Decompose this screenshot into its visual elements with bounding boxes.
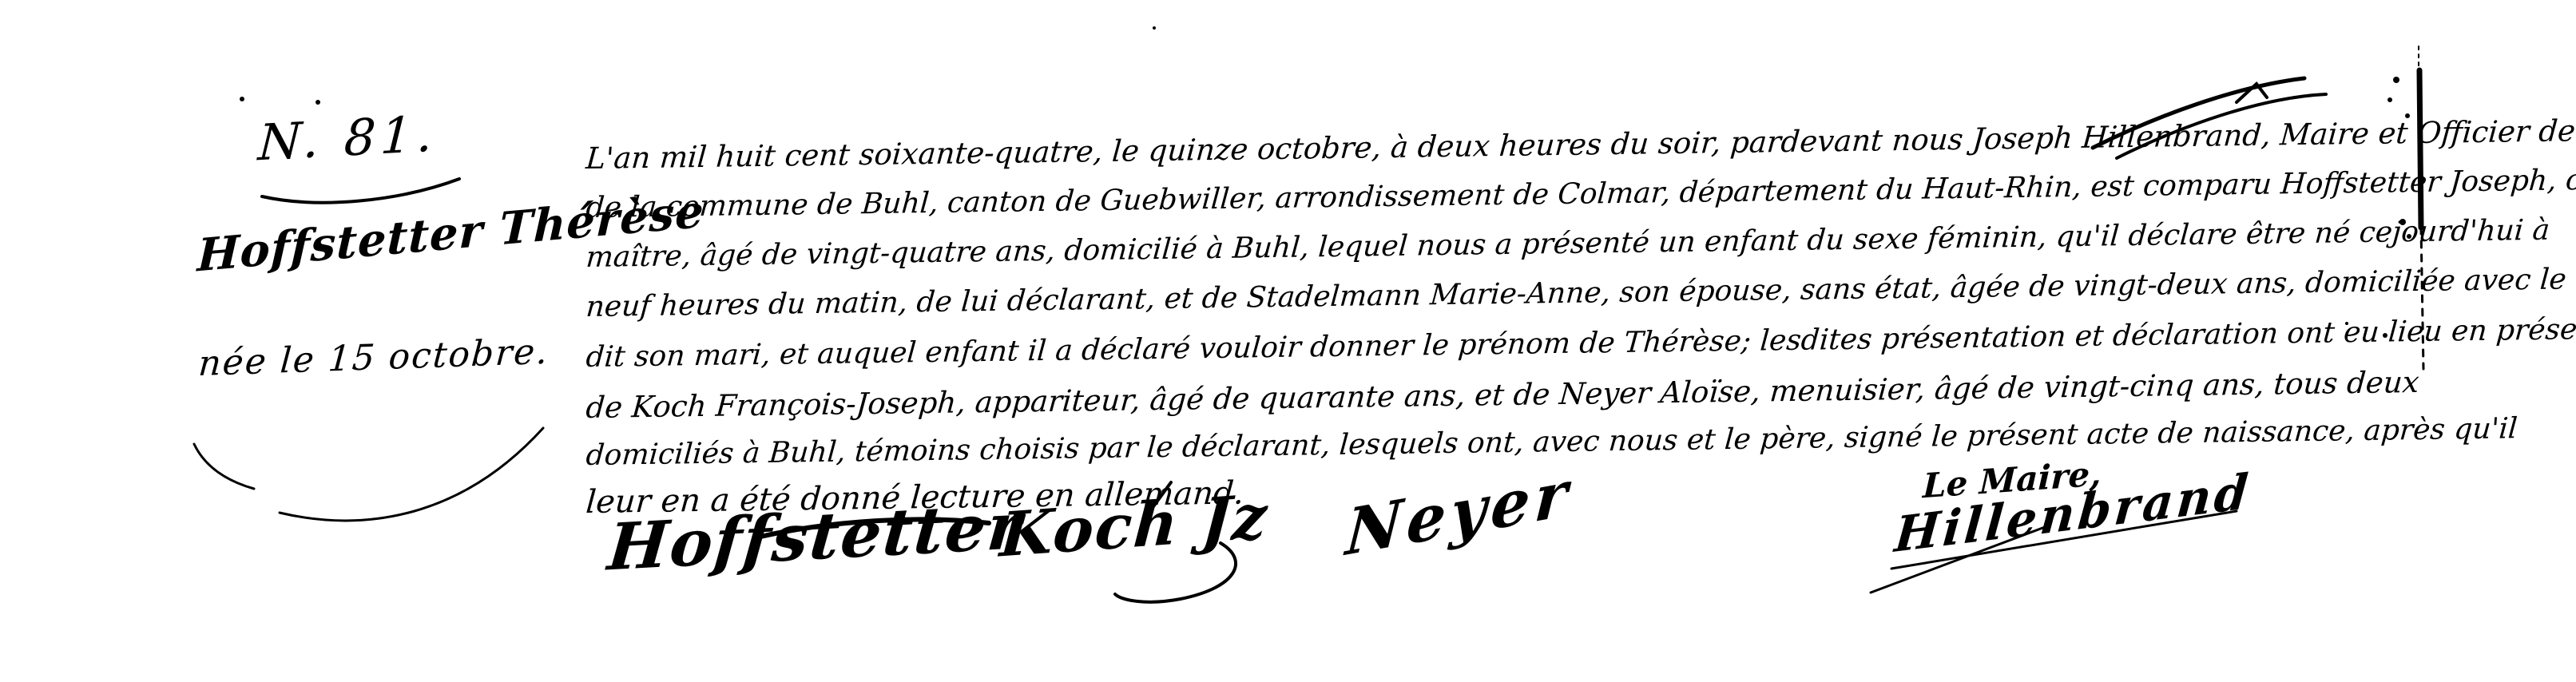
signature-hoffstetter: Hoffstetter — [605, 494, 1026, 580]
ink-speck — [316, 100, 320, 105]
ink-speck — [1153, 26, 1156, 30]
body-line-4: neuf heures du matin, de lui déclarant, … — [585, 265, 2567, 322]
ink-speck — [2393, 77, 2399, 83]
body-line-3: maître, âgé de vingt-quatre ans, domicil… — [585, 216, 2550, 272]
register-scan-page: N. 81. Hoffstetter Thérèse née le 15 oct… — [0, 0, 2576, 682]
body-line-2: de la commune de Buhl, canton de Guebwil… — [585, 165, 2576, 223]
margin-act-number: N. 81. — [257, 109, 439, 168]
flourish-top-right-hook — [2237, 84, 2267, 102]
margin-arc-small — [194, 444, 254, 489]
ink-speck — [240, 97, 244, 101]
act-number-swash — [262, 179, 459, 203]
margin-birth-note: née le 15 octobre. — [197, 335, 550, 382]
body-line-1: L'an mil huit cent soixante-quatre, le q… — [585, 113, 2576, 173]
signature-koch: Koch Jz — [998, 486, 1271, 566]
ink-speck — [2387, 97, 2392, 102]
body-line-5: dit son mari, et auquel enfant il a décl… — [585, 315, 2576, 372]
signature-neyer: Neyer — [1344, 462, 1574, 565]
body-line-6: de Koch François-Joseph, appariteur, âgé… — [585, 367, 2420, 422]
margin-arc-large — [280, 428, 543, 521]
